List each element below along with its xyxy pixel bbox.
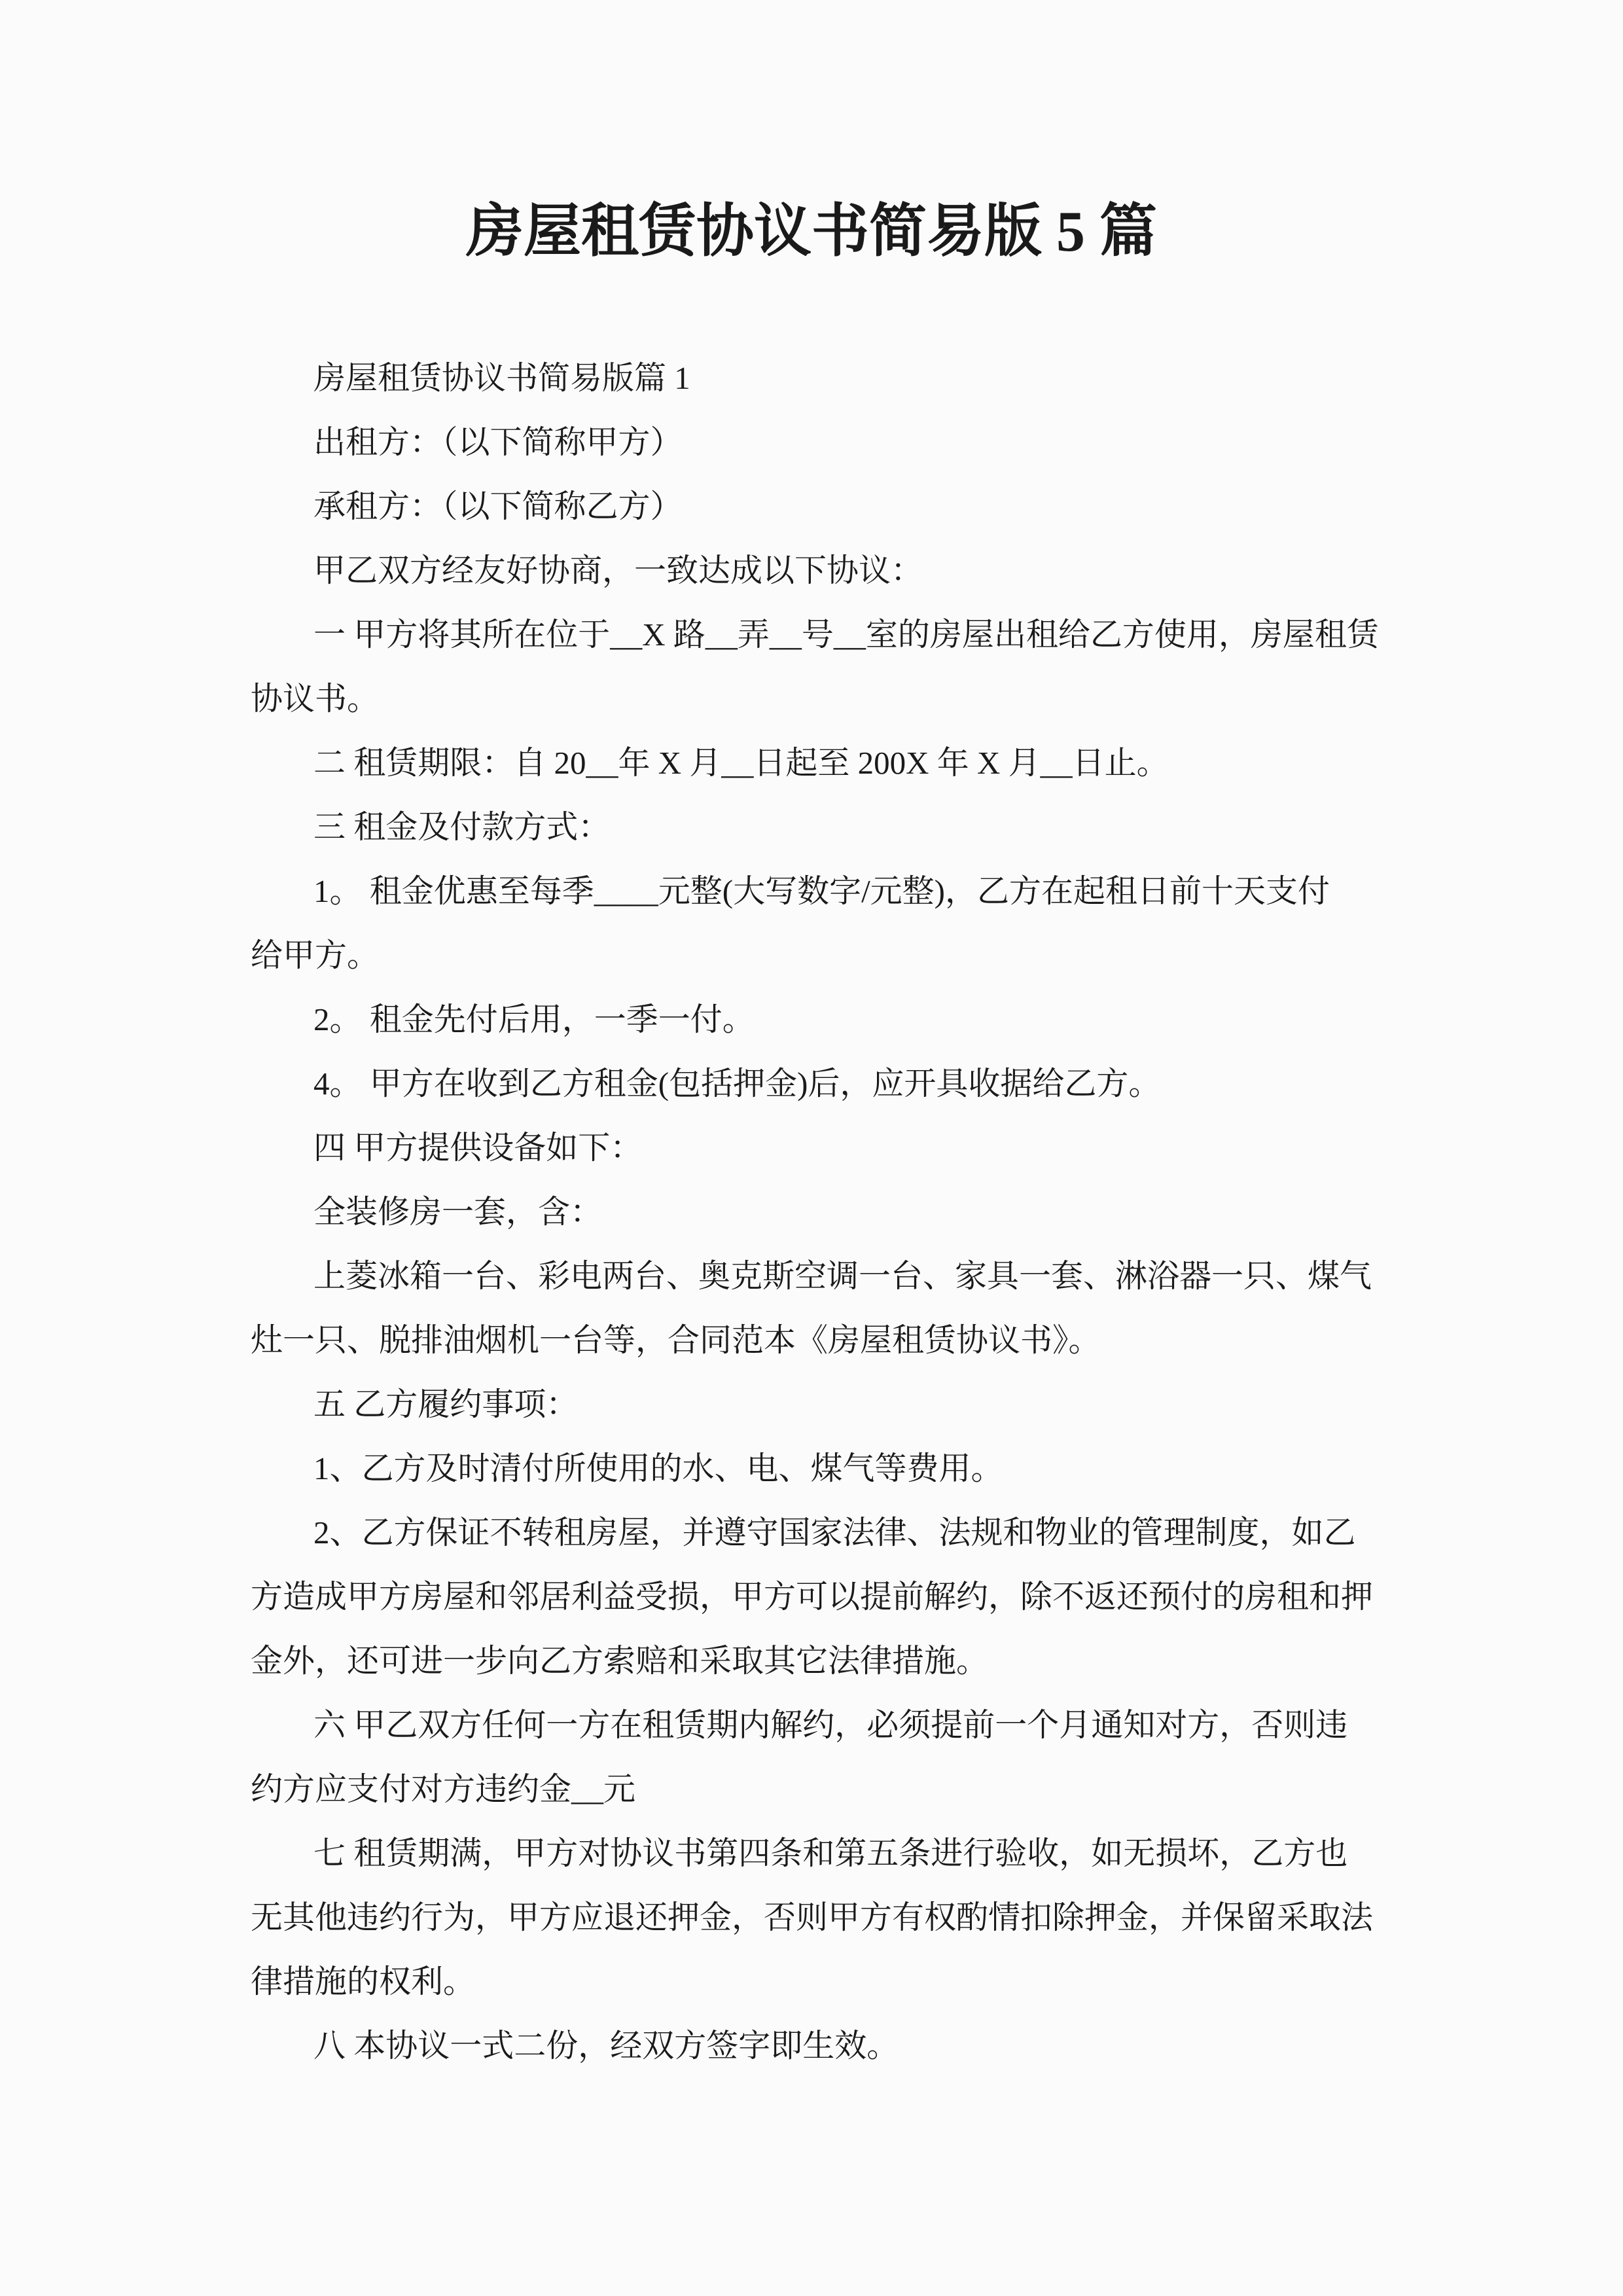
text-line: 全装修房一套，含：: [251, 1180, 1422, 1244]
text-line: 三 租金及付款方式：: [251, 795, 1422, 859]
text-line: 2、乙方保证不转租房屋，并遵守国家法律、法规和物业的管理制度，如乙: [251, 1501, 1422, 1565]
text-line: 灶一只、脱排油烟机一台等，合同范本《房屋租赁协议书》。: [251, 1308, 1422, 1372]
document-body: 房屋租赁协议书简易版篇 1出租方：（以下简称甲方）承租方：（以下简称乙方）甲乙双…: [251, 346, 1422, 2078]
text-line: 约方应支付对方违约金__元: [251, 1757, 1422, 1821]
text-line: 金外，还可进一步向乙方索赔和采取其它法律措施。: [251, 1629, 1422, 1693]
text-line: 4。 甲方在收到乙方租金(包括押金)后，应开具收据给乙方。: [251, 1052, 1422, 1116]
text-line: 协议书。: [251, 667, 1422, 731]
text-line: 八 本协议一式二份，经双方签字即生效。: [251, 2014, 1422, 2078]
document-page: 房屋租赁协议书简易版 5 篇 房屋租赁协议书简易版篇 1出租方：（以下简称甲方）…: [0, 0, 1623, 2296]
text-line: 五 乙方履约事项：: [251, 1372, 1422, 1437]
text-line: 给甲方。: [251, 924, 1422, 988]
text-line: 甲乙双方经友好协商，一致达成以下协议：: [251, 539, 1422, 603]
text-line: 1。 租金优惠至每季____元整(大写数字/元整)，乙方在起租日前十天支付: [251, 859, 1422, 924]
text-line: 上菱冰箱一台、彩电两台、奥克斯空调一台、家具一套、淋浴器一只、煤气: [251, 1244, 1422, 1308]
text-line: 出租方：（以下简称甲方）: [251, 410, 1422, 475]
text-line: 承租方：（以下简称乙方）: [251, 475, 1422, 539]
text-line: 六 甲乙双方任何一方在租赁期内解约，必须提前一个月通知对方，否则违: [251, 1693, 1422, 1757]
text-line: 四 甲方提供设备如下：: [251, 1116, 1422, 1180]
text-line: 2。 租金先付后用，一季一付。: [251, 988, 1422, 1052]
text-line: 一 甲方将其所在位于__X 路__弄__号__室的房屋出租给乙方使用，房屋租赁: [251, 603, 1422, 667]
text-line: 律措施的权利。: [251, 1950, 1422, 2014]
text-line: 房屋租赁协议书简易版篇 1: [251, 346, 1422, 410]
text-line: 七 租赁期满，甲方对协议书第四条和第五条进行验收，如无损坏，乙方也: [251, 1821, 1422, 1886]
text-line: 二 租赁期限：自 20__年 X 月__日起至 200X 年 X 月__日止。: [251, 731, 1422, 795]
text-line: 方造成甲方房屋和邻居利益受损，甲方可以提前解约，除不返还预付的房租和押: [251, 1565, 1422, 1629]
text-line: 无其他违约行为，甲方应退还押金，否则甲方有权酌情扣除押金，并保留采取法: [251, 1886, 1422, 1950]
document-title: 房屋租赁协议书简易版 5 篇: [0, 192, 1623, 272]
text-line: 1、乙方及时清付所使用的水、电、煤气等费用。: [251, 1437, 1422, 1501]
